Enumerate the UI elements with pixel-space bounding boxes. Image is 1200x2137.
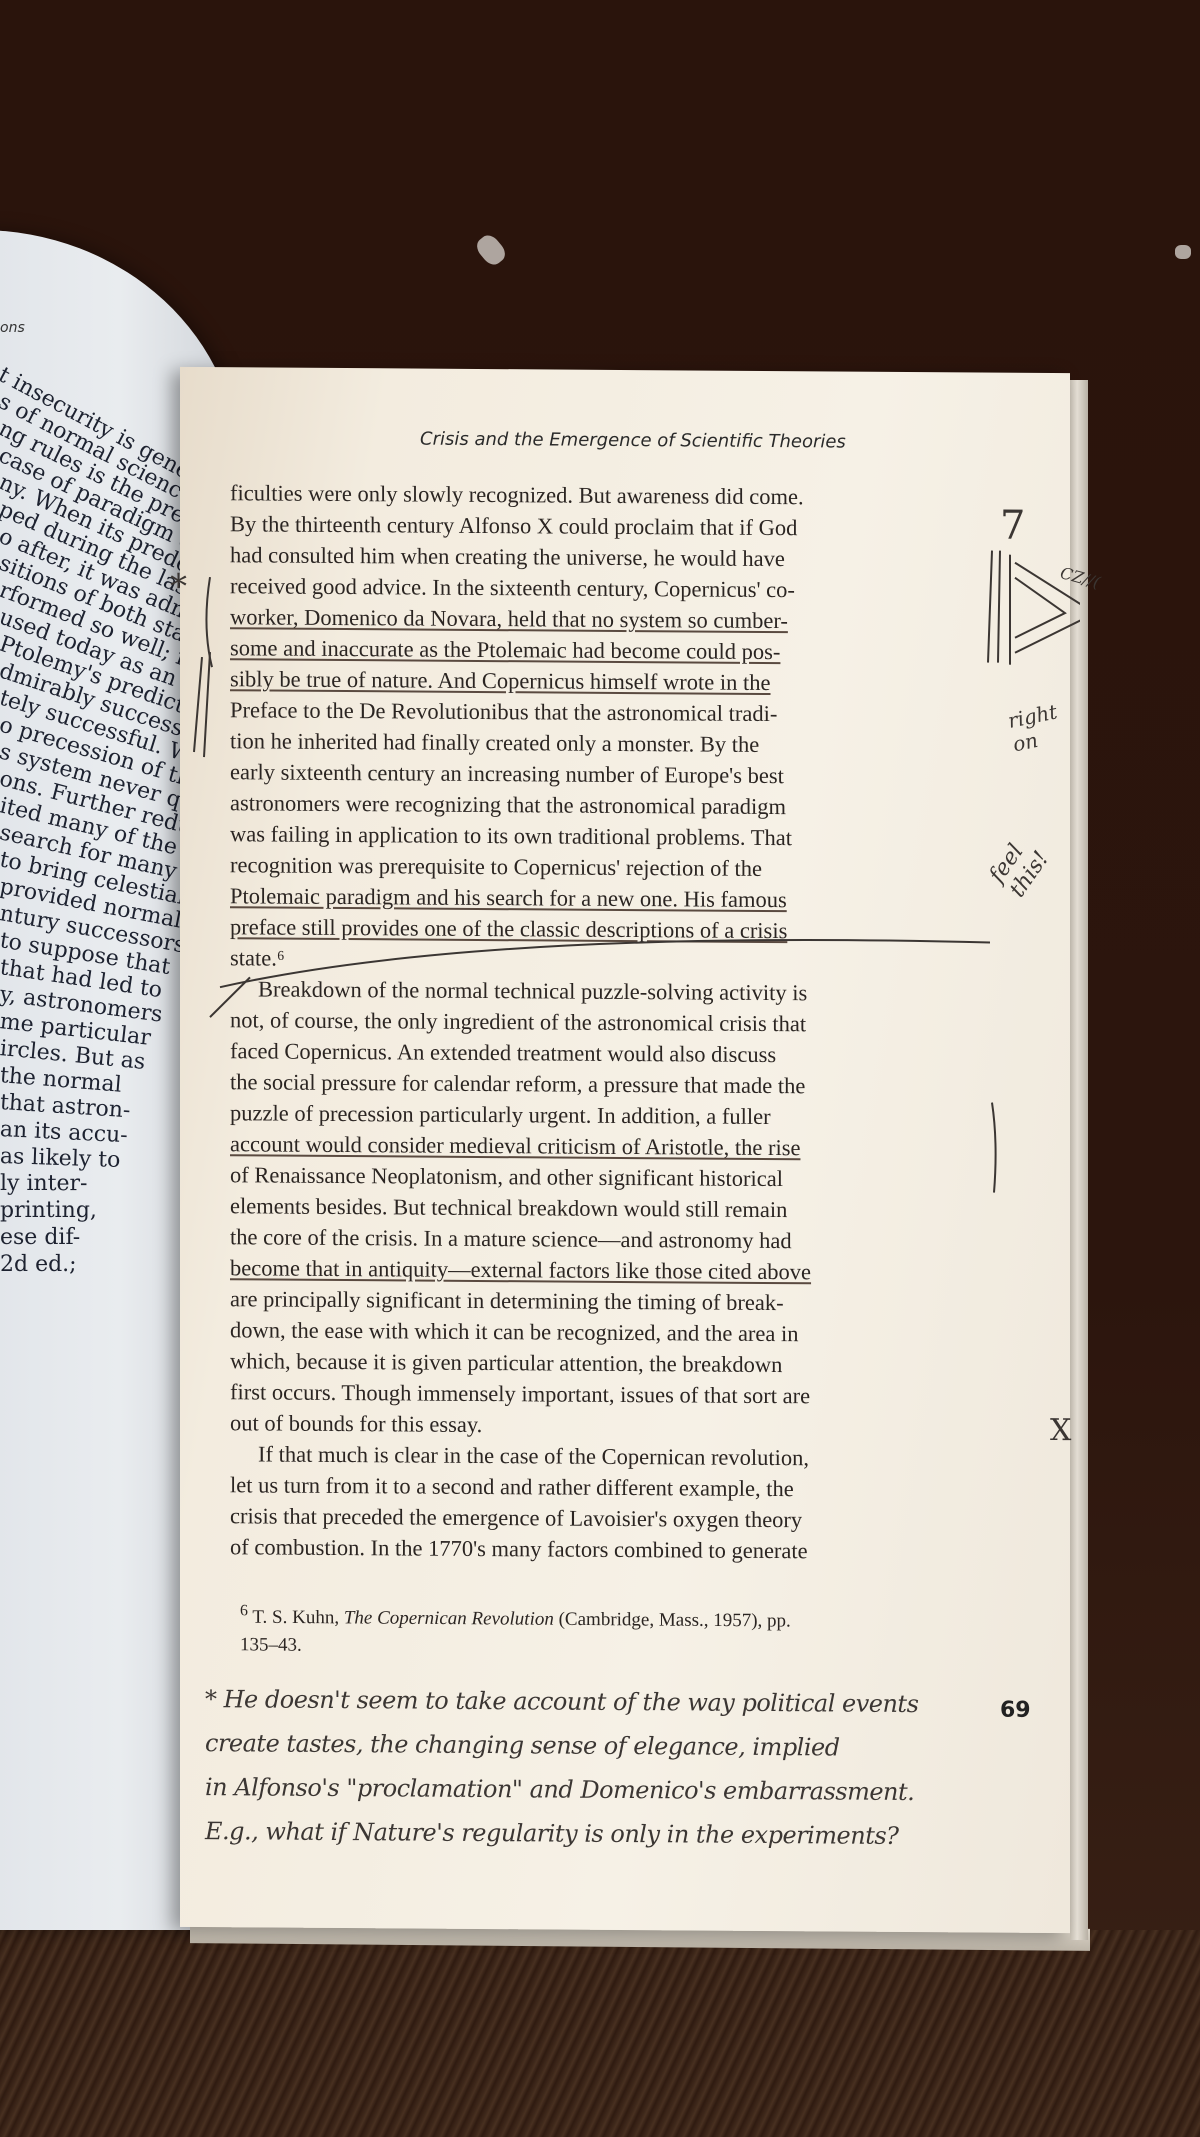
right-margin-bracket-icon <box>992 1103 996 1193</box>
wooden-table <box>0 1930 1200 2137</box>
left-margin-double-line-icon <box>194 652 210 757</box>
dust-speck <box>473 231 509 268</box>
main-page: Crisis and the Emergence of Scientific T… <box>180 367 1070 1933</box>
right-margin-triangle-diagram-icon <box>1015 563 1080 654</box>
right-margin-vertical-lines-icon <box>988 551 1010 665</box>
dust-speck <box>1175 245 1191 259</box>
pencil-markings <box>180 367 1080 1933</box>
separator-pencil-line <box>220 936 990 993</box>
left-running-head: ons <box>0 320 25 336</box>
